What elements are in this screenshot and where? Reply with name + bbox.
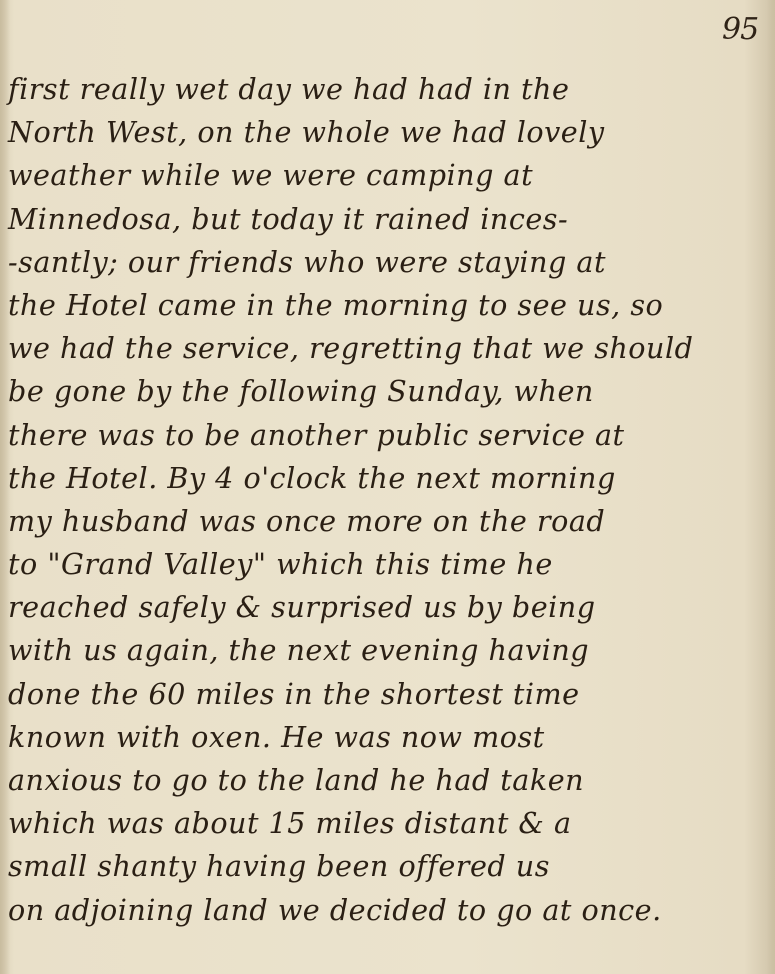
text-line: weather while we were camping at [8, 154, 768, 197]
text-line: on adjoining land we decided to go at on… [8, 889, 768, 932]
text-line: the Hotel came in the morning to see us,… [8, 284, 768, 327]
text-line: we had the service, regretting that we s… [8, 327, 768, 370]
text-line: Minnedosa, but today it rained inces- [8, 198, 768, 241]
text-line: anxious to go to the land he had taken [8, 759, 768, 802]
text-line: North West, on the whole we had lovely [8, 111, 768, 154]
text-line: the Hotel. By 4 o'clock the next morning [8, 457, 768, 500]
text-line: be gone by the following Sunday, when [8, 370, 768, 413]
text-line: small shanty having been offered us [8, 845, 768, 888]
text-line: known with oxen. He was now most [8, 716, 768, 759]
text-line: reached safely & surprised us by being [8, 586, 768, 629]
text-line: to "Grand Valley" which this time he [8, 543, 768, 586]
page-number: 95 [722, 12, 758, 47]
text-line: which was about 15 miles distant & a [8, 802, 768, 845]
text-line: done the 60 miles in the shortest time [8, 673, 768, 716]
text-line: my husband was once more on the road [8, 500, 768, 543]
manuscript-page: 95 first really wet day we had had in th… [0, 0, 775, 974]
text-line: -santly; our friends who were staying at [8, 241, 768, 284]
text-line: there was to be another public service a… [8, 414, 768, 457]
text-line: with us again, the next evening having [8, 629, 768, 672]
text-line: first really wet day we had had in the [8, 68, 768, 111]
handwritten-text-block: first really wet day we had had in the N… [8, 68, 775, 932]
